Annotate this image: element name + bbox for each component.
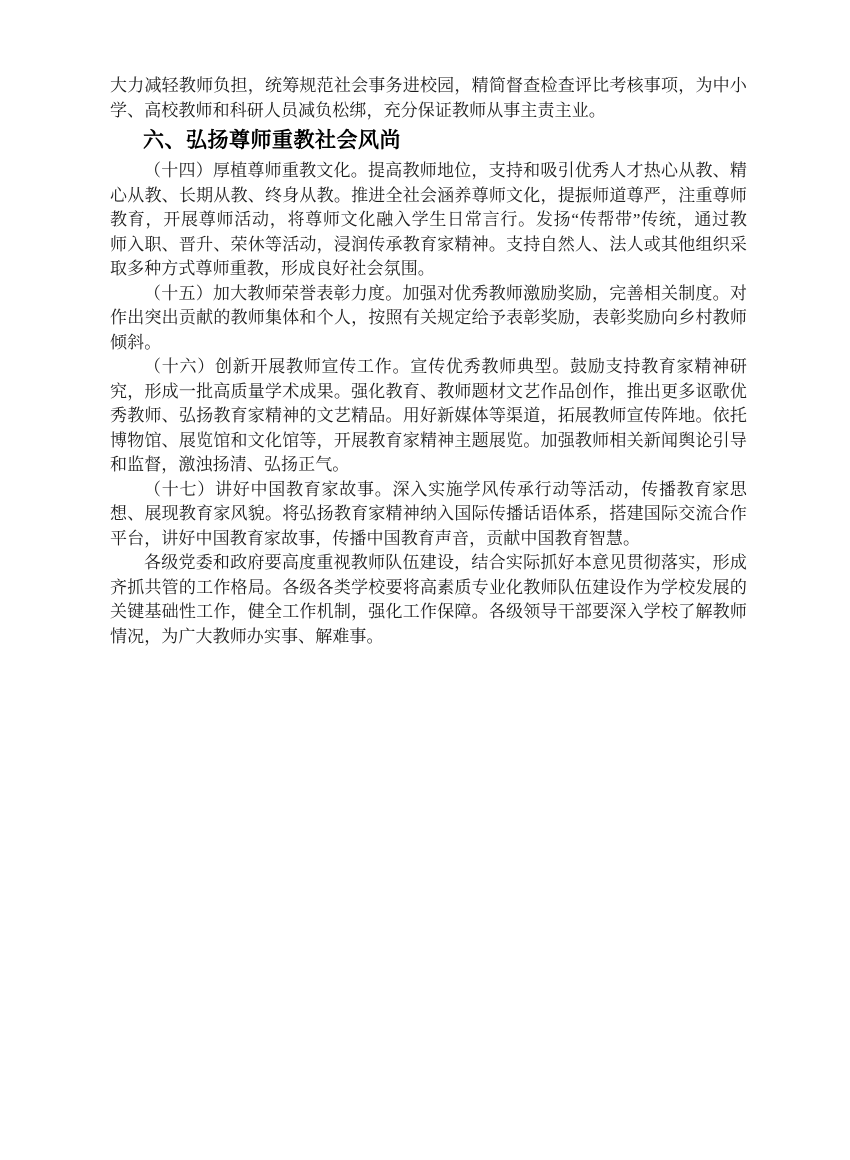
text-line: 心从教、长期从教、终身从教。推进全社会涵养尊师文化，提振师道尊严，注重尊师 xyxy=(110,184,747,209)
text-line: 博物馆、展览馆和文化馆等，开展教育家精神主题展览。加强教师相关新闻舆论引导 xyxy=(110,429,747,454)
text-line: （十四）厚植尊师重教文化。提高教师地位，支持和吸引优秀人才热心从教、精 xyxy=(110,159,747,184)
text-line: 平台，讲好中国教育家故事，传播中国教育声音，贡献中国教育智慧。 xyxy=(110,527,747,552)
text-line: 教育，开展尊师活动，将尊师文化融入学生日常言行。发扬“传帮带”传统，通过教 xyxy=(110,208,747,233)
paragraph: （十七）讲好中国教育家故事。深入实施学风传承行动等活动，传播教育家思想、展现教育… xyxy=(110,478,747,552)
text-line: 情况，为广大教师办实事、解难事。 xyxy=(110,625,747,650)
text-line: 作出突出贡献的教师集体和个人，按照有关规定给予表彰奖励，表彰奖励向乡村教师 xyxy=(110,306,747,331)
document-text-block: 大力减轻教师负担，统筹规范社会事务进校园，精简督查检查评比考核事项，为中小学、高… xyxy=(110,74,747,649)
section-heading: 六、弘扬尊师重教社会风尚 xyxy=(110,123,747,159)
paragraph: 各级党委和政府要高度重视教师队伍建设，结合实际抓好本意见贯彻落实，形成齐抓共管的… xyxy=(110,551,747,649)
text-line: （十七）讲好中国教育家故事。深入实施学风传承行动等活动，传播教育家思 xyxy=(110,478,747,503)
text-line: 取多种方式尊师重教，形成良好社会氛围。 xyxy=(110,257,747,282)
text-line: 师入职、晋升、荣休等活动，浸润传承教育家精神。支持自然人、法人或其他组织采 xyxy=(110,233,747,258)
paragraph: （十六）创新开展教师宣传工作。宣传优秀教师典型。鼓励支持教育家精神研究，形成一批… xyxy=(110,355,747,478)
paragraph: （十四）厚植尊师重教文化。提高教师地位，支持和吸引优秀人才热心从教、精心从教、长… xyxy=(110,159,747,282)
text-line: （十六）创新开展教师宣传工作。宣传优秀教师典型。鼓励支持教育家精神研 xyxy=(110,355,747,380)
text-line: 各级党委和政府要高度重视教师队伍建设，结合实际抓好本意见贯彻落实，形成 xyxy=(110,551,747,576)
text-line: 秀教师、弘扬教育家精神的文艺精品。用好新媒体等渠道，拓展教师宣传阵地。依托 xyxy=(110,404,747,429)
text-line: 究，形成一批高质量学术成果。强化教育、教师题材文艺作品创作，推出更多讴歌优 xyxy=(110,380,747,405)
document-page: 大力减轻教师负担，统筹规范社会事务进校园，精简督查检查评比考核事项，为中小学、高… xyxy=(0,0,850,1160)
text-line: 大力减轻教师负担，统筹规范社会事务进校园，精简督查检查评比考核事项，为中小 xyxy=(110,74,747,99)
text-line: 齐抓共管的工作格局。各级各类学校要将高素质专业化教师队伍建设作为学校发展的 xyxy=(110,576,747,601)
text-line: （十五）加大教师荣誉表彰力度。加强对优秀教师激励奖励，完善相关制度。对 xyxy=(110,282,747,307)
text-line: 学、高校教师和科研人员减负松绑，充分保证教师从事主责主业。 xyxy=(110,99,747,124)
text-line: 想、展现教育家风貌。将弘扬教育家精神纳入国际传播话语体系，搭建国际交流合作 xyxy=(110,502,747,527)
paragraph: 大力减轻教师负担，统筹规范社会事务进校园，精简督查检查评比考核事项，为中小学、高… xyxy=(110,74,747,123)
text-line: 倾斜。 xyxy=(110,331,747,356)
paragraph: （十五）加大教师荣誉表彰力度。加强对优秀教师激励奖励，完善相关制度。对作出突出贡… xyxy=(110,282,747,356)
text-line: 和监督，激浊扬清、弘扬正气。 xyxy=(110,453,747,478)
text-line: 关键基础性工作，健全工作机制，强化工作保障。各级领导干部要深入学校了解教师 xyxy=(110,600,747,625)
